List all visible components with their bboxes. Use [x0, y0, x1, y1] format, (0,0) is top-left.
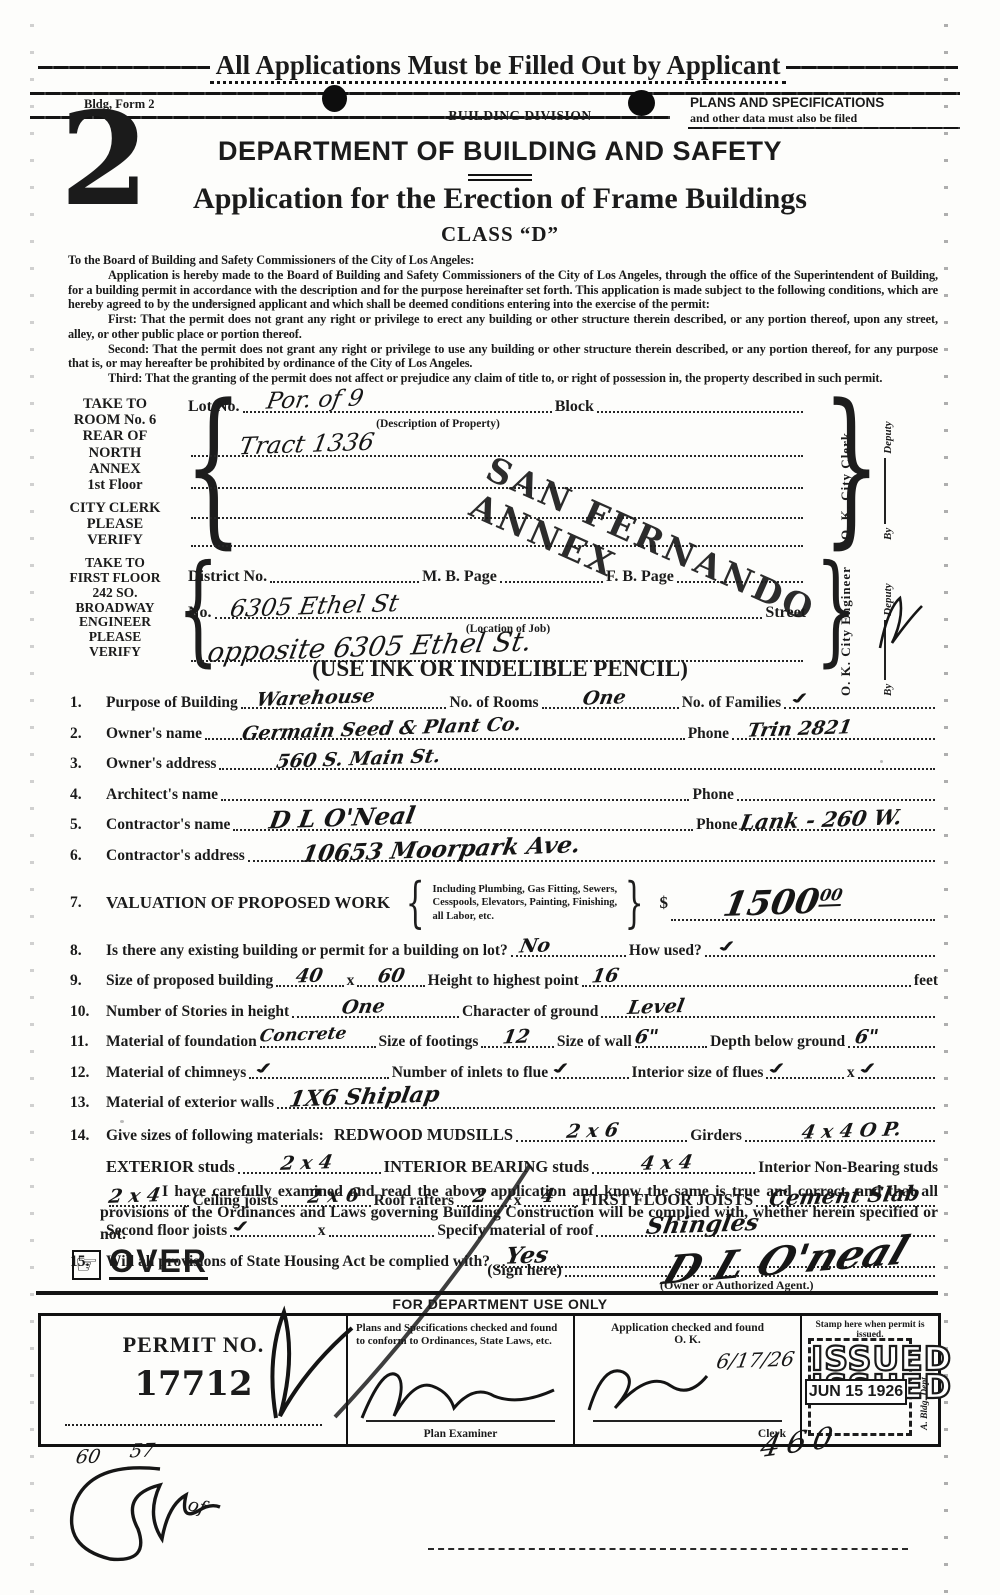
- owner-address-value: 560 S. Main St.: [274, 747, 441, 772]
- left-edge-scan-marks: [30, 0, 34, 1595]
- title-divider: [468, 174, 532, 181]
- footer-of-mark: of: [186, 1496, 207, 1518]
- clerk-date: 6/17/26: [715, 1349, 796, 1372]
- ok-margin: O. K. City Clerk ByDeputy O. K. City Eng…: [830, 388, 940, 670]
- item-2: 2. Owner's name Germain Seed & Plant Co.…: [70, 725, 938, 743]
- foundation-value: Concrete: [258, 1026, 348, 1046]
- property-section: TAKE TO ROOM No. 6 REAR OF NORTH ANNEX 1…: [60, 388, 940, 670]
- item-5: 5. Contractor's name D L O'Neal Phone La…: [70, 816, 938, 834]
- existing-building-value: No: [518, 936, 552, 956]
- flue-size-check-2: ✓: [853, 1060, 884, 1076]
- contractor-address-value: 10653 Moorpark Ave.: [300, 833, 582, 866]
- item-7: 7. VALUATION OF PROPOSED WORK { Includin…: [70, 877, 938, 929]
- families-check: ✓: [786, 691, 817, 707]
- exterior-walls-value: 1X6 Shiplap: [288, 1083, 442, 1110]
- size-width-value: 40: [295, 967, 325, 987]
- use-ink-note: (USE INK OR INDELIBLE PENCIL): [250, 656, 750, 682]
- plan-examiner-label: Plan Examiner: [348, 1428, 573, 1440]
- ok-city-engineer-label: O. K. City Engineer: [838, 546, 854, 696]
- department-rule-top: [36, 1291, 938, 1295]
- item-3: 3. Owner's address 560 S. Main St.: [70, 755, 938, 773]
- scanned-form-page: All Applications Must be Filled Out by A…: [0, 0, 1000, 1595]
- contractor-name-value: D L O'Neal: [268, 803, 418, 832]
- issued-date: JUN 15 1926: [805, 1379, 907, 1405]
- block-line: [597, 409, 803, 413]
- sidebar-city-clerk-verify: CITY CLERK PLEASE VERIFY: [60, 500, 170, 549]
- flue-inlets-check: ✓: [547, 1060, 578, 1076]
- district-no-line: [270, 579, 419, 583]
- how-used-check: ✓: [712, 938, 743, 954]
- footings-value: 12: [501, 1028, 531, 1048]
- mb-page-label: M. B. Page: [422, 568, 497, 586]
- footer-large-scribble: [50, 1455, 250, 1575]
- footer-dashed-line: [428, 1548, 908, 1550]
- mb-page-line: [500, 579, 603, 583]
- over-label: OVER: [109, 1245, 208, 1280]
- mudsills-value: 2 x 6: [566, 1121, 621, 1142]
- building-division: BUILDING DIVISION: [380, 108, 660, 124]
- block-label: Block: [555, 398, 594, 416]
- ground-value: Level: [626, 997, 686, 1018]
- item-6: 6. Contractor's address 10653 Moorpark A…: [70, 847, 938, 865]
- stories-value: One: [340, 997, 386, 1017]
- wall-size-value: 6": [633, 1028, 660, 1048]
- item-1: 1. Purpose of Building Warehouse No. of …: [70, 694, 938, 712]
- chimneys-check: ✓: [250, 1060, 281, 1076]
- item-10: 10. Number of Stories in height One Char…: [70, 1003, 938, 1021]
- application-title: Application for the Erection of Frame Bu…: [120, 182, 880, 216]
- item-14-line1: 14. Give sizes of following materials: R…: [70, 1125, 938, 1145]
- preamble-second: Second: That the permit does not grant a…: [68, 342, 938, 372]
- depth-value: 6": [853, 1028, 880, 1048]
- class-line: CLASS “D”: [350, 222, 650, 247]
- girders-value: 4 x 4 O P.: [800, 1120, 903, 1142]
- district-no-label: District No.: [188, 568, 267, 586]
- preamble: To the Board of Building and Safety Comm…: [68, 253, 938, 386]
- plan-examiner-rule: [366, 1420, 555, 1422]
- size-length-value: 60: [376, 967, 406, 987]
- header-rule-3: [688, 127, 960, 129]
- lot-no-line: Por. of 9: [243, 409, 552, 413]
- plans-note-1: PLANS AND SPECIFICATIONS: [690, 95, 884, 110]
- contractor-phone-value: Lank - 260 W.: [738, 806, 903, 833]
- item-9: 9. Size of proposed building 40 x 60 Hei…: [70, 972, 938, 990]
- sidebar-take-to-first-floor: TAKE TO FIRST FLOOR 242 SO. BROADWAY ENG…: [60, 556, 170, 660]
- sidebar-take-to-room6: TAKE TO ROOM No. 6 REAR OF NORTH ANNEX 1…: [60, 396, 170, 493]
- signature-line: D L O'neal: [565, 1273, 935, 1277]
- item-12: 12. Material of chimneys ✓ Number of inl…: [70, 1064, 938, 1082]
- binding-hole-left: [322, 85, 347, 112]
- banner-rule-right: [786, 66, 958, 69]
- owner-phone-value: Trin 2821: [746, 718, 853, 741]
- plans-checked-text: Plans and Specifications checked and fou…: [348, 1316, 573, 1348]
- item-8: 8. Is there any existing building or per…: [70, 942, 938, 960]
- purpose-value: Warehouse: [255, 687, 376, 710]
- street-no-value: 6305 Ethel St: [228, 591, 400, 621]
- rooms-value: One: [581, 688, 627, 708]
- lot-no-label: Lot No.: [188, 398, 240, 416]
- height-value: 16: [590, 967, 620, 987]
- clerk-rule: [593, 1420, 782, 1422]
- engineer-ok-scribble: [870, 588, 930, 658]
- item-13: 13. Material of exterior walls 1X6 Shipl…: [70, 1094, 938, 1112]
- preamble-salutation: To the Board of Building and Safety Comm…: [68, 253, 938, 268]
- architect-name-line: [221, 797, 689, 801]
- sign-here-label: (Sign here): [487, 1262, 562, 1280]
- banner-rule-left: [38, 66, 210, 69]
- item-11: 11. Material of foundation Concrete Size…: [70, 1033, 938, 1051]
- tract-value: Tract 1336: [237, 430, 376, 459]
- plans-note-2: and other data must also be filed: [690, 111, 857, 126]
- valuation-note: Including Plumbing, Gas Fitting, Sewers,…: [433, 883, 618, 922]
- owner-name-value: Germain Seed & Plant Co.: [241, 715, 523, 744]
- permit-number-cell: PERMIT NO. 17712: [41, 1316, 348, 1444]
- department-title: DEPARTMENT OF BUILDING AND SAFETY: [150, 136, 850, 167]
- bldg-dept-side-label: A. Bldg. Dept.: [920, 1340, 930, 1430]
- valuation-value: 150000: [720, 884, 844, 922]
- preamble-p1: Application is hereby made to the Board …: [68, 268, 938, 312]
- lot-no-value: Por. of 9: [265, 387, 366, 413]
- sign-row: ☞ OVER (Sign here) D L O'neal: [72, 1245, 938, 1280]
- plan-examiner-cell: Plans and Specifications checked and fou…: [348, 1316, 575, 1444]
- ok-city-clerk-label: O. K. City Clerk: [838, 390, 854, 540]
- plan-examiner-signature: [354, 1356, 564, 1426]
- application-ok: O. K.: [575, 1334, 800, 1346]
- pointing-hand-icon: ☞: [72, 1250, 101, 1280]
- clerk-cell: Application checked and found O. K. 6/17…: [575, 1316, 802, 1444]
- flue-size-check-1: ✓: [762, 1060, 793, 1076]
- street-no-label: No.: [188, 604, 212, 622]
- application-checked-text: Application checked and found: [575, 1316, 800, 1334]
- item-4: 4. Architect's name Phone: [70, 786, 938, 804]
- architect-phone-line: [737, 797, 935, 801]
- interior-bearing-studs-value: 4 x 4: [639, 1153, 694, 1174]
- footer-number-460: 460: [758, 1423, 841, 1463]
- clerk-signature-scribble: [579, 1350, 729, 1420]
- banner-title: All Applications Must be Filled Out by A…: [210, 50, 787, 84]
- clerk-by-deputy-line: ByDeputy: [882, 392, 894, 540]
- preamble-first: First: That the permit does not grant an…: [68, 312, 938, 342]
